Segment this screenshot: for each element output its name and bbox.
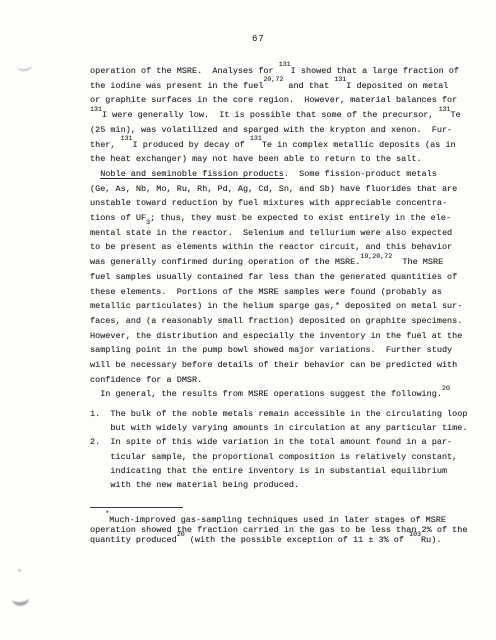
text-line: indicating that the entire inventory is …	[90, 464, 467, 478]
text-line: faces, and (a reasonably small fraction)…	[90, 314, 462, 329]
text-line: quantity produced20 (with the possible e…	[90, 535, 467, 545]
scan-smudge-dot	[18, 569, 21, 572]
text-line: the heat exchanger) may not have been ab…	[90, 152, 462, 167]
text-line: (Ge, As, Nb, Mo, Ru, Rh, Pd, Ag, Cd, Sn,…	[90, 182, 462, 197]
text-line: tions of UF3; thus, they must be expecte…	[90, 211, 462, 226]
text-line: *Much-improved gas-sampling techniques u…	[90, 515, 467, 525]
text-line: In general, the results from MSRE operat…	[90, 387, 462, 402]
text-line: 2. In spite of this wide variation in th…	[90, 435, 467, 449]
text-line: ticular sample, the proportional composi…	[90, 450, 467, 464]
text-line: ther, 131I produced by decay of 131Te in…	[90, 138, 462, 153]
numbered-list: 1. The bulk of the noble metals remain a…	[90, 407, 467, 492]
text-line: metallic particulates) in the helium spa…	[90, 299, 462, 314]
text-line: 1. The bulk of the noble metals remain a…	[90, 407, 467, 421]
text-line: Noble and seminoble fission products. So…	[90, 167, 462, 182]
text-line: but with widely varying amounts in circu…	[90, 421, 467, 435]
text-line: confidence for a DMSR.	[90, 373, 462, 388]
page-number: 67	[252, 34, 265, 44]
scan-smudge-bottom-left	[11, 590, 29, 606]
text-line: fuel samples usually contained far less …	[90, 270, 462, 285]
text-line: (25 min), was volatilized and sparged wi…	[90, 123, 462, 138]
scan-smudge-top-left	[16, 59, 32, 72]
text-line: will be necessary before details of thei…	[90, 358, 462, 373]
text-line: or graphite surfaces in the core region.…	[90, 93, 462, 108]
body-text: operation of the MSRE. Analyses for 131I…	[90, 64, 462, 402]
text-line: unstable toward reduction by fuel mixtur…	[90, 196, 462, 211]
text-line: with the new material being produced.	[90, 478, 467, 492]
footnote-text: *Much-improved gas-sampling techniques u…	[90, 515, 467, 545]
text-line: sampling point in the pump bowl showed m…	[90, 343, 462, 358]
text-line: to be present as elements within the rea…	[90, 240, 462, 255]
scanned-document-page: 67 operation of the MSRE. Analyses for 1…	[0, 0, 496, 640]
text-line: 131I were generally low. It is possible …	[90, 108, 462, 123]
text-line: was generally confirmed during operation…	[90, 255, 462, 270]
text-line: However, the distribution and especially…	[90, 329, 462, 344]
text-line: these elements. Portions of the MSRE sam…	[90, 285, 462, 300]
footnote-rule	[90, 507, 183, 508]
text-line: mental state in the reactor. Selenium an…	[90, 226, 462, 241]
text-line: the iodine was present in the fuel20,72 …	[90, 79, 462, 94]
